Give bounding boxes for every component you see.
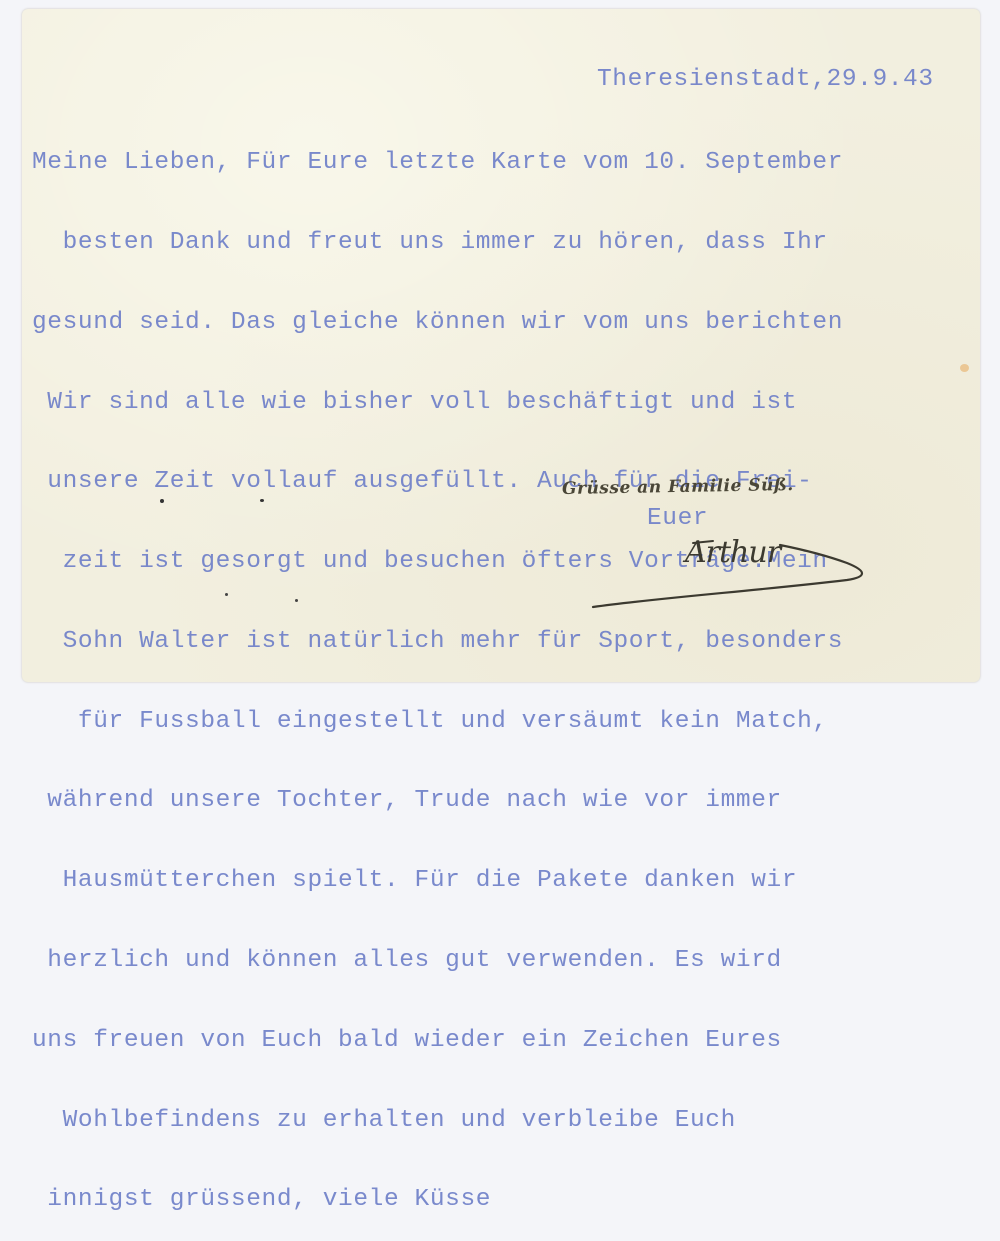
letter-line: besten Dank und freut uns immer zu hören… bbox=[32, 230, 843, 257]
handwritten-greeting: Grüsse an Familie Süß. bbox=[562, 475, 794, 499]
letter-line: Meine Lieben, Für Eure letzte Karte vom … bbox=[32, 150, 843, 177]
paper-stain bbox=[960, 364, 969, 372]
signature-flourish-icon bbox=[585, 525, 875, 620]
letter-line: gesund seid. Das gleiche können wir vom … bbox=[32, 310, 843, 337]
signature: Arthur bbox=[585, 525, 875, 620]
place-date-line: Theresienstadt,29.9.43 bbox=[597, 67, 934, 94]
letter-line: Sohn Walter ist natürlich mehr für Sport… bbox=[32, 629, 843, 656]
letter-line: Wir sind alle wie bisher voll beschäftig… bbox=[32, 390, 843, 417]
